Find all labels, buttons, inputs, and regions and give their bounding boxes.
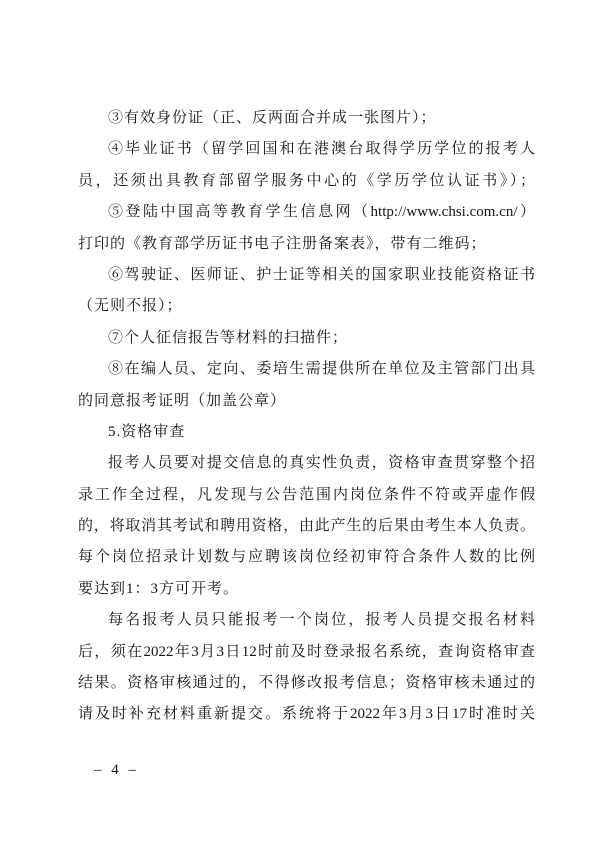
text-line: ④毕业证书（留学回国和在港澳台取得学历学位的报考人 [78, 134, 535, 165]
text-line: 请及时补充材料重新提交。系统将于2022年3月3日17时准时关 [78, 699, 535, 730]
section-heading: 5.资格审查 [78, 417, 535, 448]
document-page: ③有效身份证（正、反两面合并成一张图片）； ④毕业证书（留学回国和在港澳台取得学… [0, 0, 597, 842]
text-line: 打印的《教育部学历证书电子注册备案表》，带有二维码； [78, 229, 535, 260]
text-line: ⑤登陆中国高等教育学生信息网（http://www.chsi.com.cn/） [78, 197, 535, 228]
text-line: 的同意报考证明（加盖公章） [78, 386, 535, 417]
text-line: ⑦个人征信报告等材料的扫描件； [78, 323, 535, 354]
document-body: ③有效身份证（正、反两面合并成一张图片）； ④毕业证书（留学回国和在港澳台取得学… [78, 103, 535, 731]
text-line: 后，须在2022年3月3日12时前及时登录报名系统，查询资格审查 [78, 637, 535, 668]
text-line: 员，还须出具教育部留学服务中心的《学历学位认证书》）； [78, 166, 535, 197]
page-number: – 4 – [94, 762, 139, 779]
text-line: 每个岗位招录计划数与应聘该岗位经初审符合条件人数的比例 [78, 542, 535, 573]
text-line: ③有效身份证（正、反两面合并成一张图片）； [78, 103, 535, 134]
text-line: 报考人员要对提交信息的真实性负责，资格审查贯穿整个招 [78, 448, 535, 479]
text-line: 结果。资格审核通过的，不得修改报考信息；资格审核未通过的 [78, 668, 535, 699]
text-line: ⑧在编人员、定向、委培生需提供所在单位及主管部门出具 [78, 354, 535, 385]
text-line: 的，将取消其考试和聘用资格，由此产生的后果由考生本人负责。 [78, 511, 535, 542]
text-line: 每名报考人员只能报考一个岗位，报考人员提交报名材料 [78, 605, 535, 636]
text-line: ⑥驾驶证、医师证、护士证等相关的国家职业技能资格证书 [78, 260, 535, 291]
text-line: 录工作全过程，凡发现与公告范围内岗位条件不符或弄虚作假 [78, 480, 535, 511]
text-line: 要达到1：3方可开考。 [78, 574, 535, 605]
text-line: （无则不报）； [78, 291, 535, 322]
